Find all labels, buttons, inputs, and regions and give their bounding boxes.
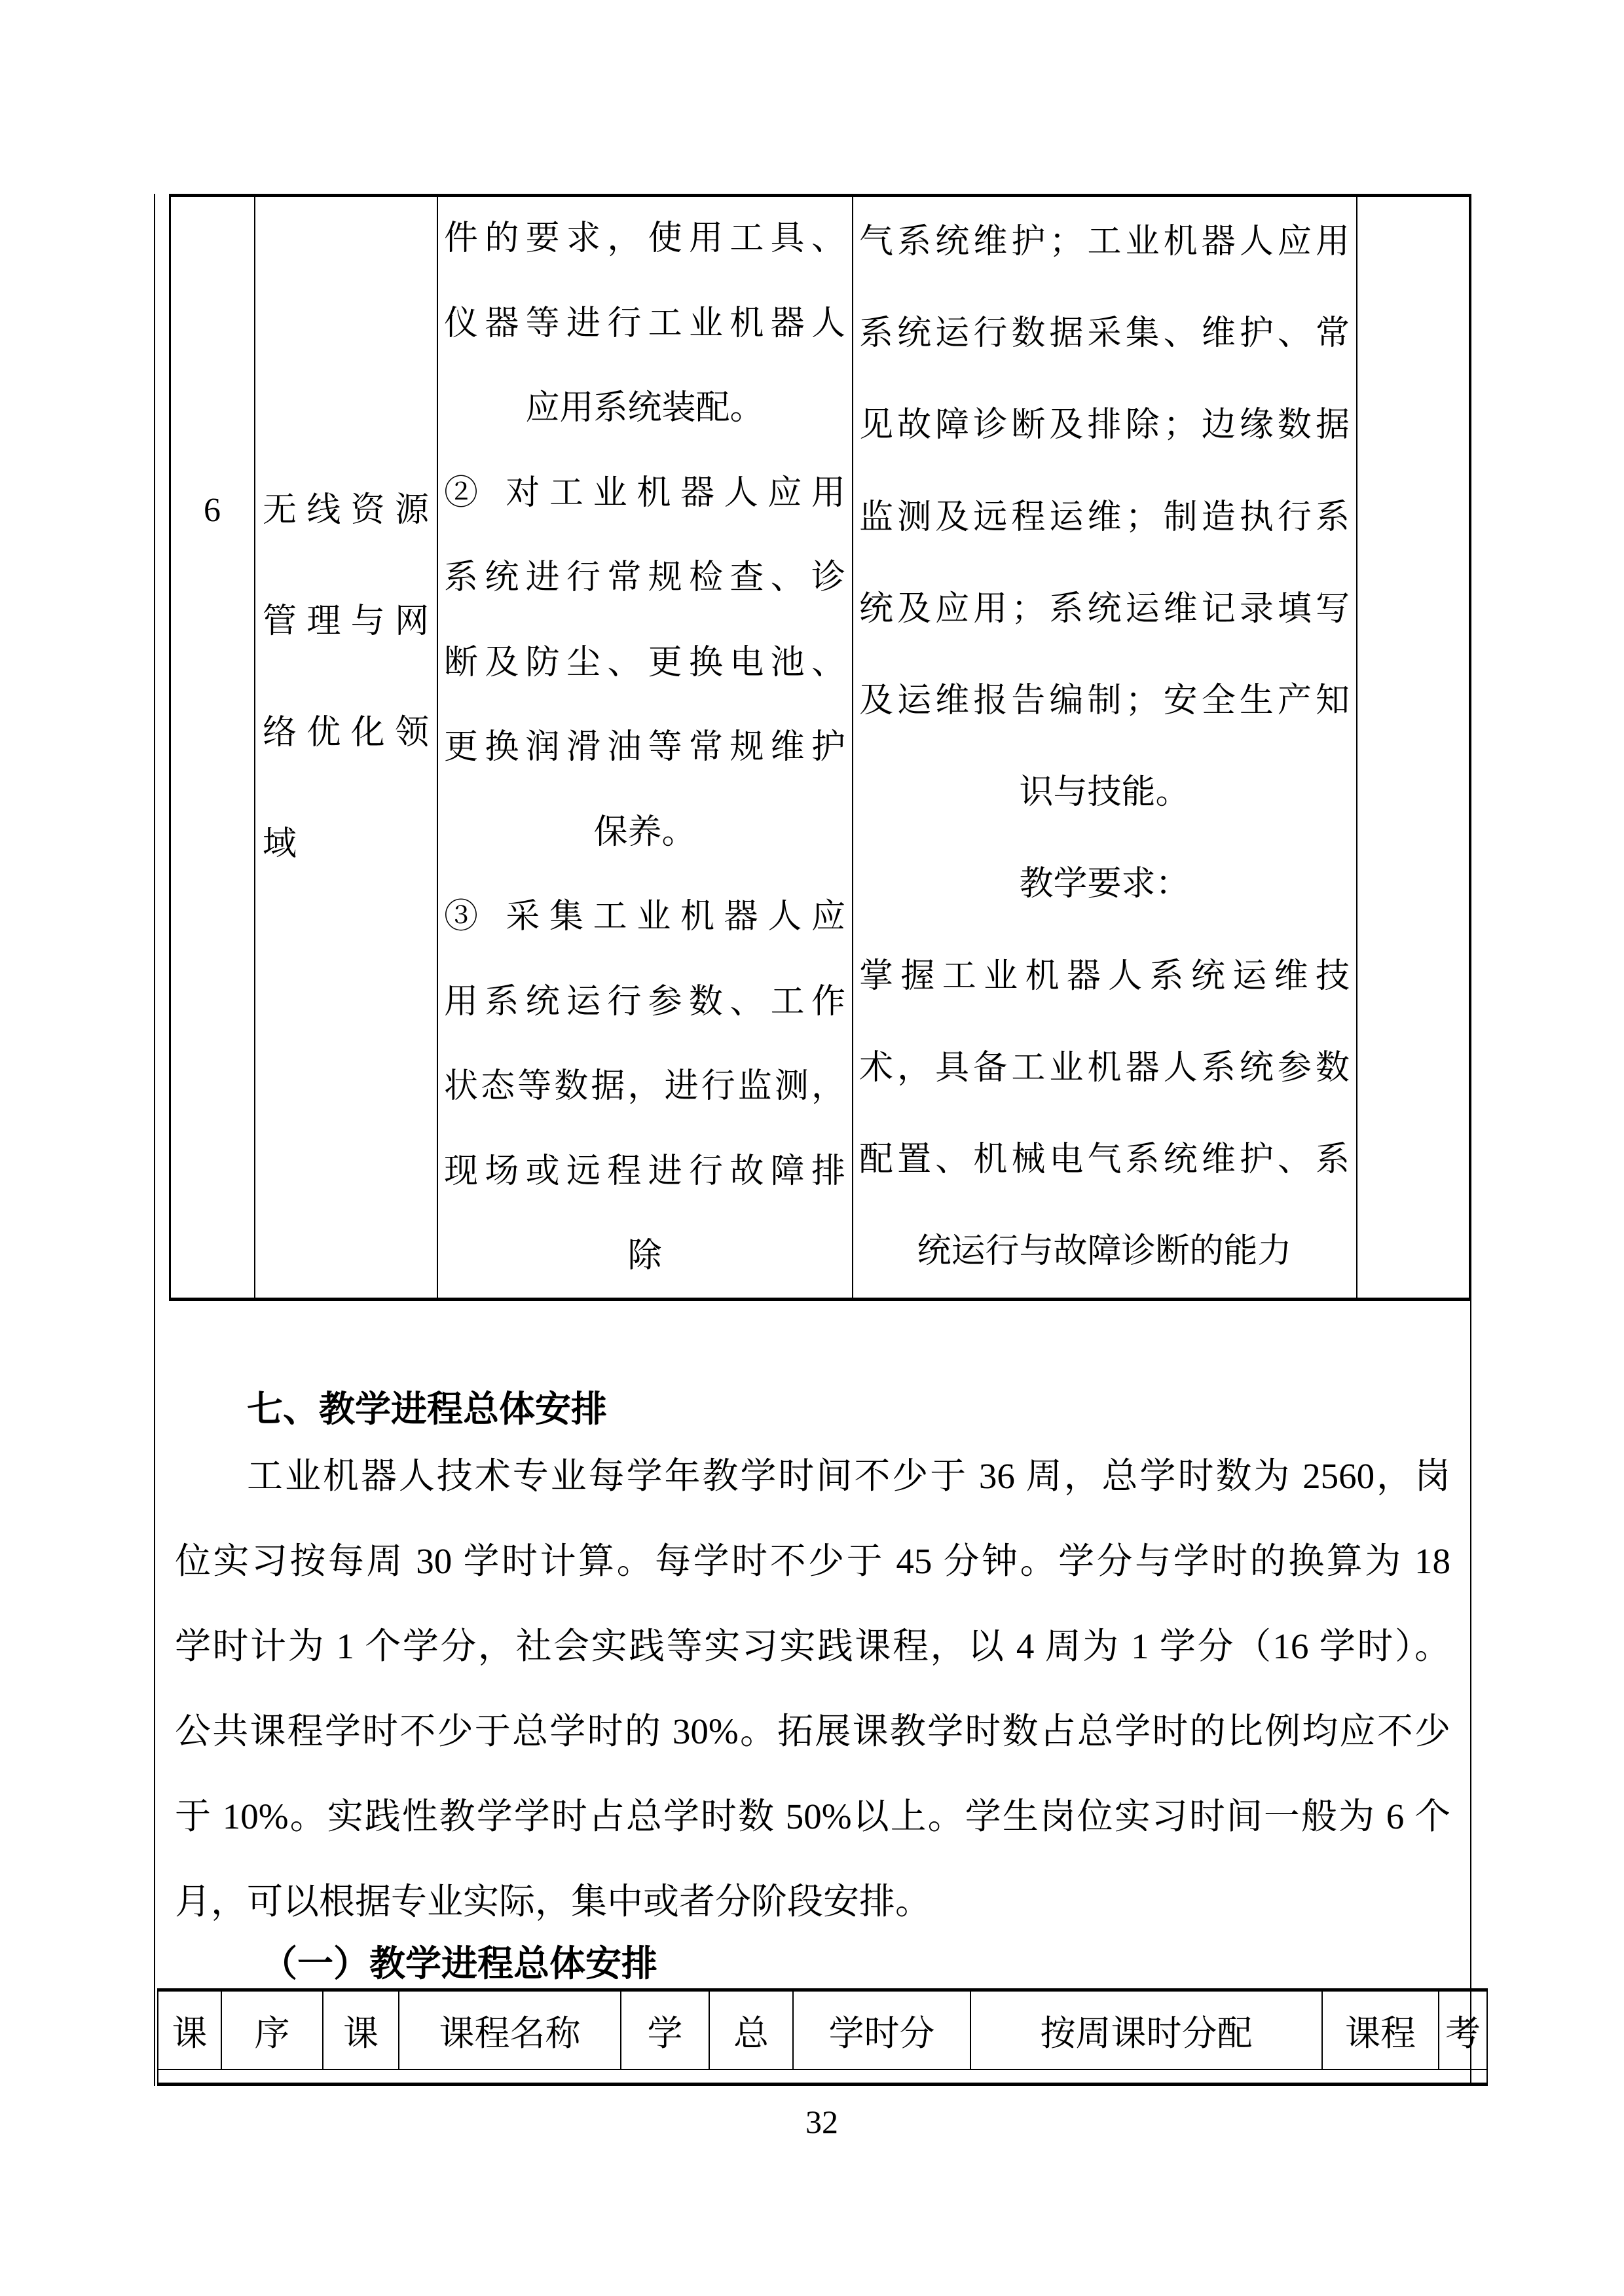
text-line: 学时计为 1 个学分，社会实践等实习实践课程，以 4 周为 1 学分（16 学时…	[175, 1604, 1450, 1689]
bottom-table-header-course-name: 课程名称	[399, 1992, 620, 2069]
bottom-table-header-credit: 学	[621, 1992, 709, 2069]
text-line: 更换润滑油等常规维护	[444, 705, 845, 790]
top-table-cell-field: 无线资源管理与网络优化领域	[256, 196, 435, 1298]
page-left-rule	[154, 194, 155, 2086]
text-line: 络优化领	[263, 678, 429, 789]
text-line: 现场或远程进行故障排	[444, 1129, 845, 1214]
text-line: 仪器等进行工业机器人	[444, 282, 845, 367]
text-line: 件的要求，使用工具、	[444, 196, 845, 282]
row-index: 6	[172, 468, 253, 553]
bottom-table-header-total: 总	[710, 1992, 792, 2069]
top-table-right-border	[1469, 194, 1471, 1301]
text-line: 及运维报告编制；安全生产知	[859, 655, 1350, 747]
text-line: 掌握工业机器人系统运维技	[859, 931, 1350, 1023]
text-line: 状态等数据，进行监测，	[444, 1044, 845, 1129]
text-line: 无线资源	[263, 455, 429, 566]
text-line: 除	[444, 1214, 845, 1299]
bottom-table-header-hour-dist: 学时分	[794, 1992, 970, 2069]
text-line: 域	[263, 789, 429, 900]
text-line: 断及防尘、更换电池、	[444, 621, 845, 706]
text-line: 系统进行常规检查、诊	[444, 536, 845, 621]
bottom-table-right-border	[1486, 1988, 1488, 2086]
text-line: 配置、机械电气系统维护、系	[859, 1114, 1350, 1206]
text-line: 见故障诊断及排除；边缘数据	[859, 380, 1350, 471]
top-table-cell-index: 6	[172, 196, 253, 1298]
document-page: 6 无线资源管理与网络优化领域 件的要求，使用工具、仪器等进行工业机器人应用系统…	[0, 0, 1624, 2296]
bottom-table-header-course-type: 课	[158, 1992, 221, 2069]
top-table-divider-1	[254, 195, 255, 1300]
text-line: 于 10%。实践性教学学时占总学时数 50%以上。学生岗位实习时间一般为 6 个	[175, 1774, 1450, 1859]
text-line: 气系统维护；工业机器人应用	[859, 196, 1350, 288]
text-line: 教学要求：	[859, 839, 1350, 930]
bottom-table-header-bottom-border	[157, 2069, 1488, 2070]
text-line: 保养。	[444, 790, 845, 875]
text-line: 统及应用；系统运维记录填写	[859, 564, 1350, 655]
text-line: 管理与网	[263, 566, 429, 678]
text-line: ③ 采集工业机器人应	[444, 875, 845, 960]
top-table-divider-4	[1356, 195, 1357, 1300]
bottom-table-cut-border	[157, 2083, 1488, 2086]
text-line: 监测及远程运维；制造执行系	[859, 472, 1350, 564]
top-table-divider-2	[437, 195, 438, 1300]
text-line: 系统运行数据采集、维护、常	[859, 288, 1350, 380]
text-line: 术，具备工业机器人系统参数	[859, 1023, 1350, 1114]
text-line: 公共课程学时不少于总学时的 30%。拓展课教学时数占总学时的比例均应不少	[175, 1689, 1450, 1774]
top-table-cell-work-tasks: 件的要求，使用工具、仪器等进行工业机器人应用系统装配。② 对工业机器人应用系统进…	[439, 196, 851, 1298]
text-line: 统运行与故障诊断的能力	[859, 1206, 1350, 1298]
bottom-table-header-exam: 考	[1439, 1992, 1486, 2069]
bottom-table-header-course: 课	[323, 1992, 398, 2069]
bottom-table-header-course2: 课程	[1323, 1992, 1438, 2069]
section-paragraph: 工业机器人技术专业每学年教学时间不少于 36 周，总学时数为 2560，岗位实习…	[175, 1434, 1450, 1944]
top-table-cell-skills: 气系统维护；工业机器人应用系统运行数据采集、维护、常见故障诊断及排除；边缘数据监…	[854, 196, 1355, 1298]
top-table-left-border	[169, 194, 171, 1301]
page-number: 32	[786, 2103, 858, 2141]
text-line: ② 对工业机器人应用	[444, 451, 845, 536]
text-line: 识与技能。	[859, 747, 1350, 839]
top-table-divider-3	[852, 195, 853, 1300]
bottom-table-header-weekly-hours: 按周课时分配	[971, 1992, 1321, 2069]
text-line: 用系统运行参数、工作	[444, 960, 845, 1045]
text-line: 应用系统装配。	[444, 366, 845, 451]
bottom-table-header-seq: 序	[222, 1992, 322, 2069]
text-line: 位实习按每周 30 学时计算。每学时不少于 45 分钟。学分与学时的换算为 18	[175, 1519, 1450, 1604]
text-line: 工业机器人技术专业每学年教学时间不少于 36 周，总学时数为 2560，岗	[175, 1434, 1450, 1519]
